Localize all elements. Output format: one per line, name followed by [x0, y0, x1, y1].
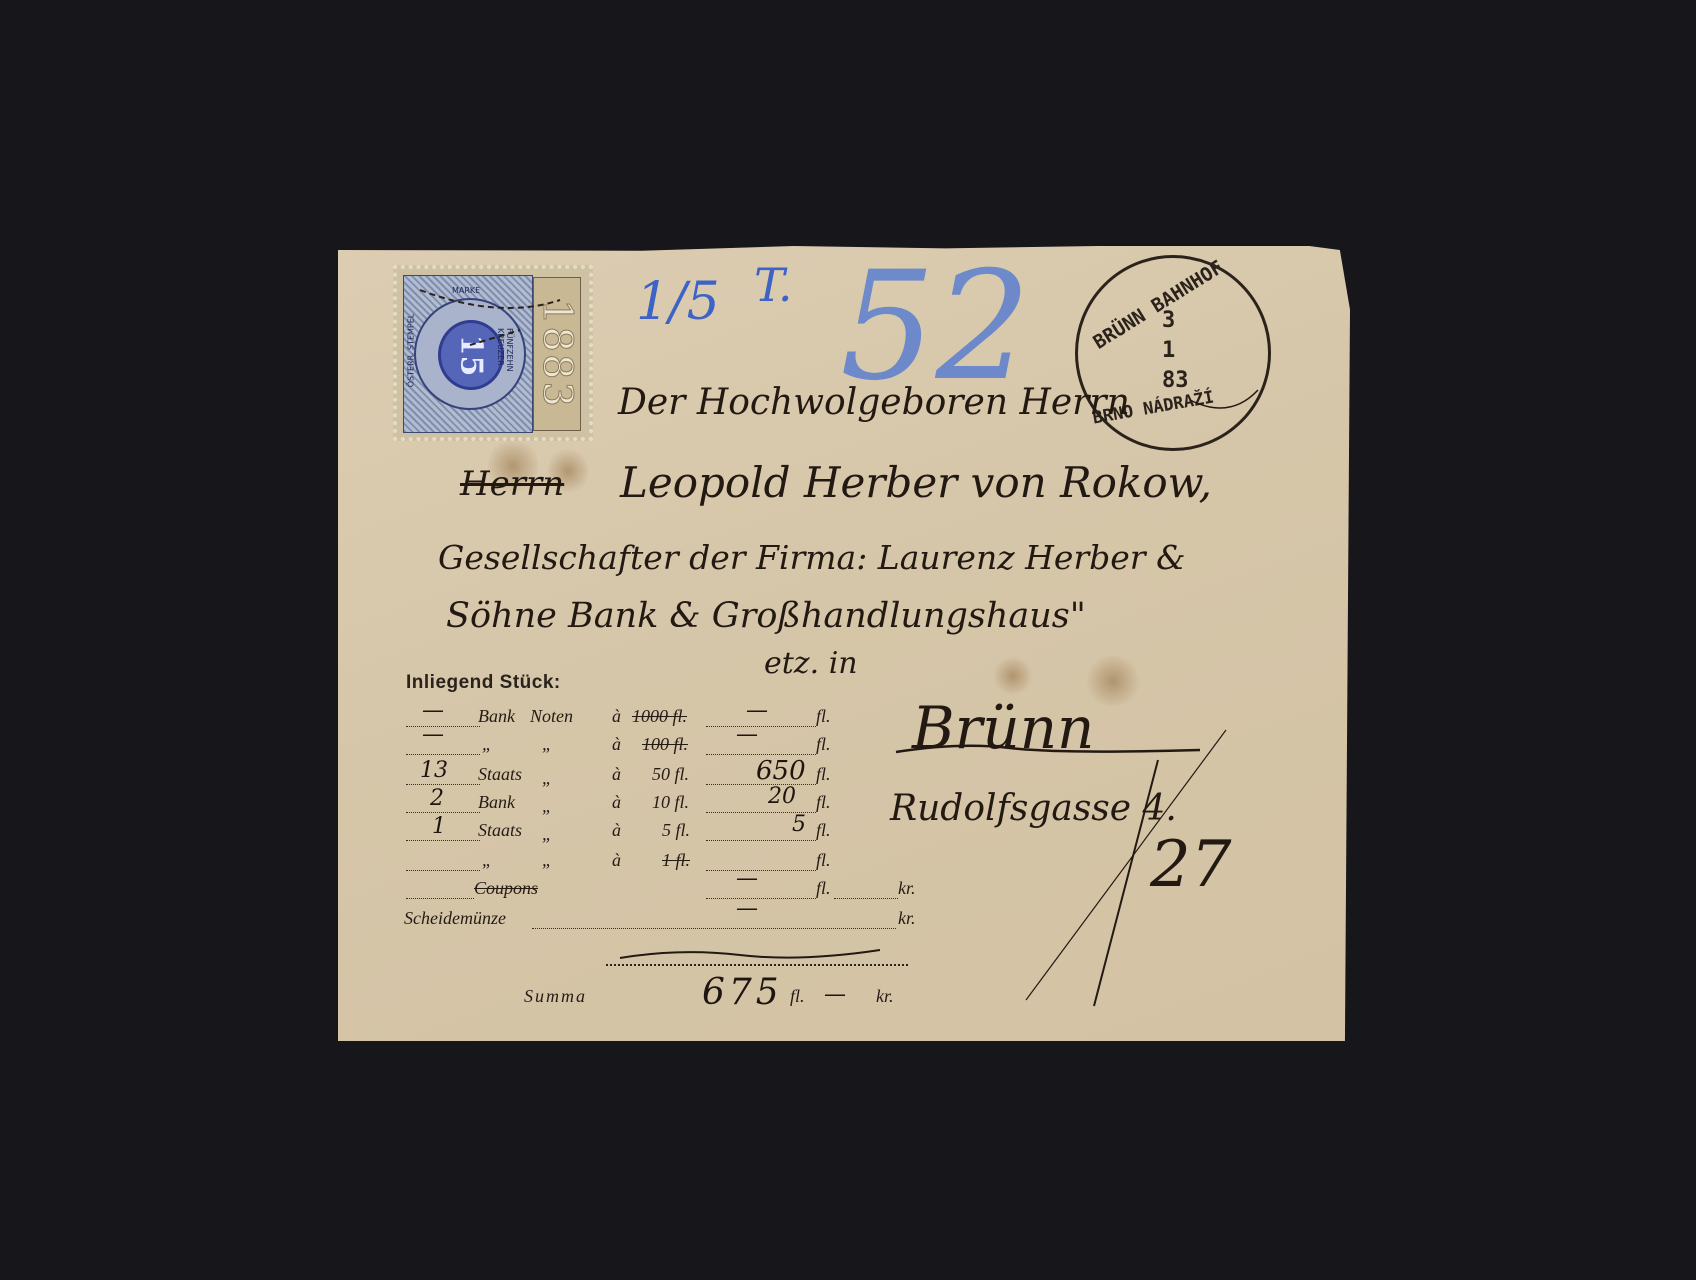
blue-fraction-mark: 1/5	[636, 272, 720, 332]
row-type: Bank	[478, 792, 515, 813]
summa-kr: —	[824, 982, 846, 1007]
row-unit: fl.	[816, 764, 831, 785]
row-noun: „	[542, 796, 552, 817]
row-count: —	[422, 722, 444, 747]
row-a: à	[612, 706, 621, 727]
address-struck-herrn: Herrn	[460, 464, 564, 504]
stamp-label-left: ÖSTERR. STEMPEL	[406, 314, 415, 388]
row-unit: fl.	[816, 820, 831, 841]
revenue-stamp: MARKE 15 ÖSTERR. STEMPEL FÜNFZEHN KREUZE…	[393, 265, 593, 441]
form-row: „ „ à 1 fl. fl.	[406, 850, 926, 878]
form-row: — Bank Noten à 1000 fl. — fl.	[406, 706, 926, 734]
row-a: à	[612, 764, 621, 785]
stamp-center: 15	[438, 320, 504, 390]
postmark-month: 1	[1162, 338, 1175, 363]
scheidemuenze-label: Scheidemünze	[404, 908, 506, 929]
coupons-amount: —	[736, 866, 758, 891]
row-amount: 20	[768, 784, 796, 809]
row-a: à	[612, 850, 621, 871]
postmark-day: 3	[1162, 308, 1175, 333]
scheidemuenze-unit: kr.	[898, 908, 916, 929]
row-count: 13	[420, 758, 448, 783]
summa-unit-kr: kr.	[876, 986, 894, 1007]
coupons-label: Coupons	[474, 878, 538, 899]
address-line-4: Söhne Bank & Großhandlungshaus"	[446, 596, 1086, 636]
stamp-year: 1883	[534, 299, 580, 409]
row-count: —	[422, 698, 444, 723]
row-denomination: 1 fl.	[662, 850, 690, 871]
stamp-frame: MARKE 15 ÖSTERR. STEMPEL FÜNFZEHN KREUZE…	[403, 275, 533, 433]
coupons-unit-fl: fl.	[816, 878, 831, 899]
row-a: à	[612, 792, 621, 813]
row-noun: „	[542, 734, 552, 755]
row-denomination: 50 fl.	[652, 764, 689, 785]
blue-letter-mark: T.	[754, 258, 793, 312]
row-denomination: 10 fl.	[652, 792, 689, 813]
stamp-year-tab: 1883	[533, 277, 581, 431]
address-city: Brünn	[912, 694, 1094, 762]
row-count: 2	[430, 786, 444, 811]
row-count: 1	[432, 814, 446, 839]
row-unit: fl.	[816, 734, 831, 755]
summa-label: Summa	[524, 986, 587, 1007]
address-line-2: Leopold Herber von Rokow,	[620, 458, 1212, 507]
row-unit: fl.	[816, 706, 831, 727]
row-a: à	[612, 820, 621, 841]
row-amount: —	[736, 722, 758, 747]
form-row: 2 Bank „ à 10 fl. 20 fl.	[406, 792, 926, 820]
form-row: 1 Staats „ à 5 fl. 5 fl.	[406, 820, 926, 848]
row-amount: 650	[756, 756, 806, 786]
form-title: Inliegend Stück:	[406, 672, 561, 694]
stamp-value: 15	[454, 334, 489, 376]
row-type: Staats	[478, 820, 522, 841]
address-street: Rudolfsgasse 4.	[890, 788, 1177, 829]
row-type: Bank	[478, 706, 515, 727]
coupons-unit-kr: kr.	[898, 878, 916, 899]
stamp-label-top: MARKE	[452, 286, 480, 295]
summa-unit-fl: fl.	[790, 986, 805, 1007]
stain	[993, 656, 1033, 696]
scheidemuenze-row: Scheidemünze — kr.	[406, 908, 926, 936]
row-noun: Noten	[530, 706, 573, 727]
summa-divider	[606, 964, 908, 966]
row-type: „	[482, 850, 492, 871]
row-noun: „	[542, 768, 552, 789]
form-row: 13 Staats „ à 50 fl. 650 fl.	[406, 764, 926, 792]
address-house-number: 27	[1150, 828, 1231, 902]
coupons-row: Coupons — fl. kr.	[406, 878, 926, 906]
stamp-label-right: FÜNFZEHN KREUZER	[496, 328, 514, 382]
row-unit: fl.	[816, 850, 831, 871]
summa-row: Summa 675 fl. — kr.	[406, 986, 926, 1014]
row-noun: „	[542, 850, 552, 871]
row-denomination: 5 fl.	[662, 820, 690, 841]
scheidemuenze-amount: —	[736, 896, 758, 921]
row-a: à	[612, 734, 621, 755]
row-amount: 5	[792, 812, 806, 837]
form-row: — „ „ à 100 fl. — fl.	[406, 734, 926, 762]
address-line-5: etz. in	[764, 646, 858, 681]
row-unit: fl.	[816, 792, 831, 813]
row-type: „	[482, 734, 492, 755]
row-amount: —	[746, 698, 768, 723]
row-noun: „	[542, 824, 552, 845]
row-denomination: 100 fl.	[642, 734, 688, 755]
row-type: Staats	[478, 764, 522, 785]
summa-amount: 675	[702, 972, 783, 1013]
row-denomination: 1000 fl.	[632, 706, 687, 727]
address-line-3: Gesellschafter der Firma: Laurenz Herber…	[438, 538, 1185, 577]
postmark-year: 83	[1162, 368, 1189, 393]
address-line-1: Der Hochwolgeboren Herrn	[618, 382, 1130, 423]
